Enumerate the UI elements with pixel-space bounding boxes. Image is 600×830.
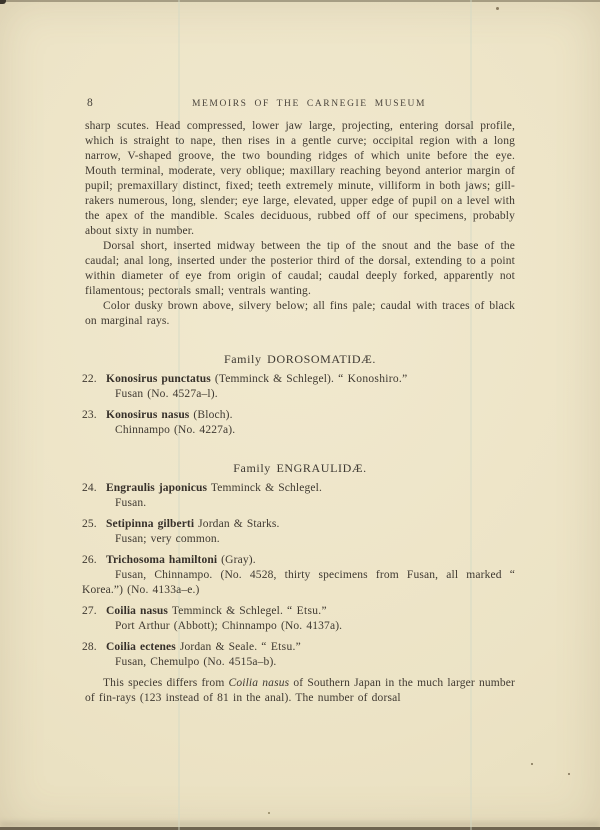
species-entry: 24. Engraulis japonicus Temminck & Schle… xyxy=(82,481,515,511)
species-authority: (Bloch). xyxy=(193,409,232,421)
scan-corner-mark xyxy=(0,0,6,4)
species-headline: 28. Coilia ectenes Jordan & Seale. “ Ets… xyxy=(82,640,515,655)
body-paragraph-continuation: sharp scutes. Head compressed, lower jaw… xyxy=(85,119,515,239)
paper-speck xyxy=(531,763,533,765)
family-heading-dorosomatidae: Family DOROSOMATIDÆ. xyxy=(85,352,515,367)
species-name: Trichosoma hamiltoni xyxy=(106,554,217,566)
species-entry: 27. Coilia nasus Temminck & Schlegel. “ … xyxy=(82,604,515,634)
species-entry: 26. Trichosoma hamiltoni (Gray). Fusan, … xyxy=(82,553,515,598)
species-authority: Temminck & Schlegel. xyxy=(172,605,283,617)
common-name: “ Etsu.” xyxy=(287,605,327,617)
locality-detail: Chinnampo (No. 4227a). xyxy=(115,423,515,438)
entry-number: 27. xyxy=(82,604,102,619)
species-authority: Jordan & Seale. xyxy=(180,641,257,653)
species-name: Konosirus nasus xyxy=(106,409,189,421)
species-name: Konosirus punctatus xyxy=(106,373,211,385)
locality-detail: Fusan; very common. xyxy=(115,532,515,547)
species-authority: Temminck & Schlegel. xyxy=(211,482,322,494)
species-authority: (Gray). xyxy=(221,554,256,566)
locality-detail: Port Arthur (Abbott); Chinnampo (No. 413… xyxy=(115,619,515,634)
species-headline: 22. Konosirus punctatus (Temminck & Schl… xyxy=(82,372,515,387)
species-headline: 26. Trichosoma hamiltoni (Gray). xyxy=(82,553,515,568)
entry-number: 23. xyxy=(82,408,102,423)
locality-detail: Fusan. xyxy=(115,496,515,511)
species-authority: (Temminck & Schlegel). xyxy=(215,373,334,385)
entry-number: 26. xyxy=(82,553,102,568)
family-heading-engraulidae: Family ENGRAULIDÆ. xyxy=(85,461,515,476)
species-headline: 24. Engraulis japonicus Temminck & Schle… xyxy=(82,481,515,496)
species-entry: 22. Konosirus punctatus (Temminck & Schl… xyxy=(82,372,515,402)
page-content: 8 MEMOIRS OF THE CARNEGIE MUSEUM sharp s… xyxy=(85,0,515,706)
paper-speck xyxy=(568,773,570,775)
body-paragraph-color: Color dusky brown above, silvery below; … xyxy=(85,299,515,329)
species-name: Coilia nasus xyxy=(106,605,168,617)
scanned-page: 8 MEMOIRS OF THE CARNEGIE MUSEUM sharp s… xyxy=(0,0,600,830)
species-headline: 25. Setipinna gilberti Jordan & Starks. xyxy=(82,517,515,532)
species-entry: 28. Coilia ectenes Jordan & Seale. “ Ets… xyxy=(82,640,515,670)
species-name: Engraulis japonicus xyxy=(106,482,207,494)
body-paragraph-fins: Dorsal short, inserted midway between th… xyxy=(85,239,515,299)
species-entry: 23. Konosirus nasus (Bloch). Chinnampo (… xyxy=(82,408,515,438)
species-authority: Jordan & Starks. xyxy=(198,518,279,530)
locality-detail: Fusan, Chemulpo (No. 4515a–b). xyxy=(115,655,515,670)
entry-number: 25. xyxy=(82,517,102,532)
species-headline: 27. Coilia nasus Temminck & Schlegel. “ … xyxy=(82,604,515,619)
common-name: “ Etsu.” xyxy=(261,641,301,653)
running-header-row: 8 MEMOIRS OF THE CARNEGIE MUSEUM xyxy=(85,96,515,111)
species-name: Coilia ectenes xyxy=(106,641,176,653)
paper-speck xyxy=(268,812,270,814)
species-headline: 23. Konosirus nasus (Bloch). xyxy=(82,408,515,423)
entry-number: 22. xyxy=(82,372,102,387)
species-entry: 25. Setipinna gilberti Jordan & Starks. … xyxy=(82,517,515,547)
common-name: “ Konoshiro.” xyxy=(338,373,407,385)
species-name-italic: Coilia nasus xyxy=(229,677,290,689)
locality-detail: Fusan (No. 4527a–l). xyxy=(115,387,515,402)
closing-text-before: This species differs from xyxy=(103,677,229,689)
species-name: Setipinna gilberti xyxy=(106,518,194,530)
entry-number: 24. xyxy=(82,481,102,496)
locality-detail: Fusan, Chinnampo. (No. 4528, thirty spec… xyxy=(82,568,515,598)
entry-number: 28. xyxy=(82,640,102,655)
closing-paragraph: This species differs from Coilia nasus o… xyxy=(85,676,515,706)
running-header: MEMOIRS OF THE CARNEGIE MUSEUM xyxy=(174,97,426,112)
page-number: 8 xyxy=(87,96,93,111)
